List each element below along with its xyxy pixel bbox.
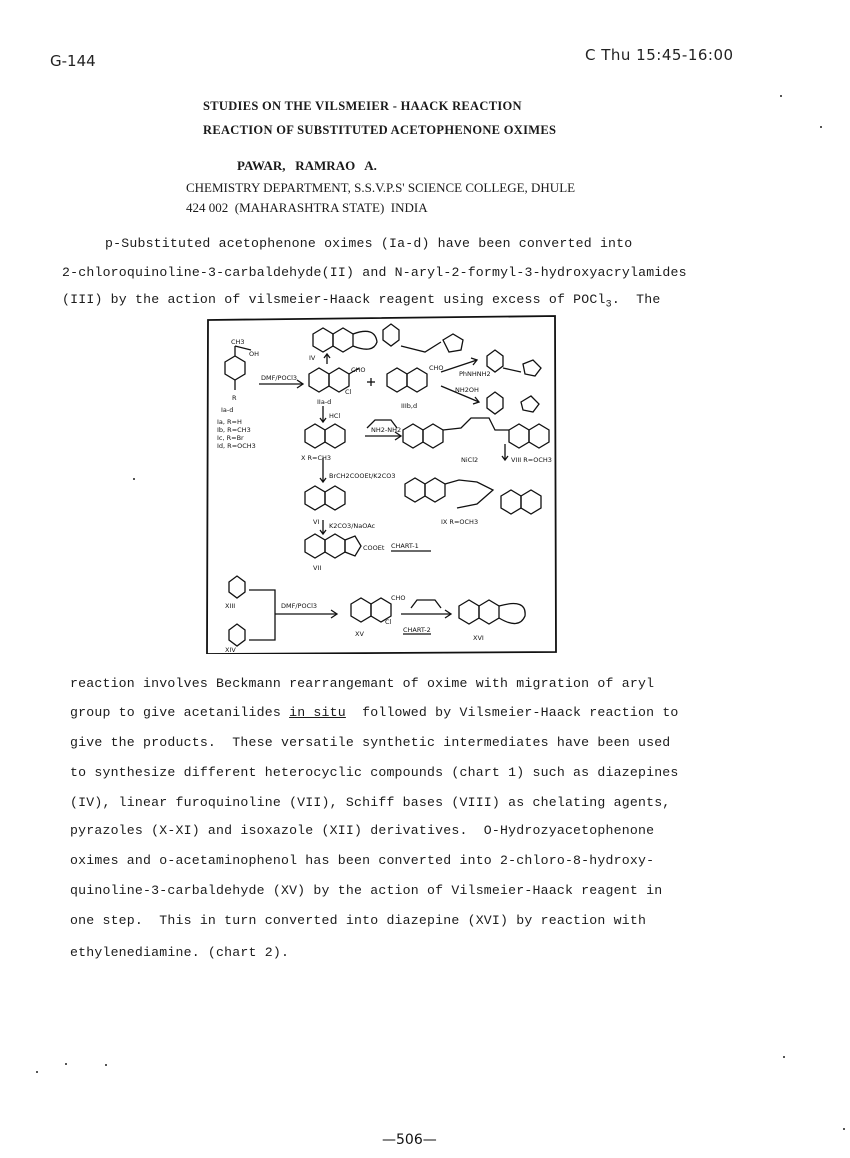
- svg-text:Ia-d: Ia-d: [221, 406, 233, 414]
- svg-text:IX R=OCH3: IX R=OCH3: [441, 518, 478, 526]
- para1-line-2: 2-chloroquinoline-3-carbaldehyde(II) and…: [62, 265, 687, 280]
- para2-line-5: (IV), linear furoquinoline (VII), Schiff…: [70, 795, 670, 810]
- svg-text:HCl: HCl: [329, 412, 340, 420]
- svg-text:IV: IV: [309, 354, 316, 362]
- svg-text:Ic, R=Br: Ic, R=Br: [217, 434, 244, 442]
- svg-text:NiCl2: NiCl2: [461, 456, 478, 464]
- svg-text:XVI: XVI: [473, 634, 484, 642]
- svg-text:Ia, R=H: Ia, R=H: [217, 418, 242, 426]
- in-situ-emphasis: in situ: [289, 705, 346, 720]
- author: PAWAR, RAMRAO A.: [237, 158, 377, 174]
- svg-text:XV: XV: [355, 630, 364, 638]
- para1-line-3: (III) by the action of vilsmeier-Haack r…: [62, 292, 661, 311]
- svg-text:VIII R=OCH3: VIII R=OCH3: [511, 456, 552, 464]
- svg-text:IIa-d: IIa-d: [317, 398, 331, 406]
- svg-text:IIIb,d: IIIb,d: [401, 402, 417, 410]
- svg-text:CH3: CH3: [231, 338, 245, 346]
- para2-line-4: to synthesize different heterocyclic com…: [70, 765, 679, 780]
- scan-speck: [105, 1064, 107, 1066]
- para2-line-10: ethylenediamine. (chart 2).: [70, 945, 289, 960]
- affiliation-line-2: 424 002 (MAHARASHTRA STATE) INDIA: [186, 200, 428, 216]
- svg-text:PhNHNH2: PhNHNH2: [459, 370, 491, 378]
- svg-text:OH: OH: [249, 350, 259, 358]
- svg-text:Ib, R=CH3: Ib, R=CH3: [217, 426, 251, 434]
- svg-text:COOEt: COOEt: [363, 544, 385, 552]
- page-number: —506—: [382, 1132, 437, 1148]
- para2-line-3: give the products. These versatile synth…: [70, 735, 670, 750]
- svg-text:Cl: Cl: [345, 388, 352, 396]
- svg-text:VII: VII: [313, 564, 321, 572]
- affiliation-line-1: CHEMISTRY DEPARTMENT, S.S.V.P.S' SCIENCE…: [186, 180, 575, 196]
- svg-text:Id, R=OCH3: Id, R=OCH3: [217, 442, 256, 450]
- svg-text:VI: VI: [313, 518, 319, 526]
- title-line-1: STUDIES ON THE VILSMEIER - HAACK REACTIO…: [203, 99, 522, 114]
- para2-line-7: oximes and o-acetaminophenol has been co…: [70, 853, 654, 868]
- abstract-code: G-144: [50, 52, 96, 70]
- svg-text:DMF/POCl3: DMF/POCl3: [281, 602, 317, 610]
- svg-text:XIV: XIV: [225, 646, 236, 654]
- svg-text:XIII: XIII: [225, 602, 235, 610]
- para2-line-9: one step. This in turn converted into di…: [70, 913, 646, 928]
- svg-text:NH2-NH2: NH2-NH2: [371, 426, 401, 434]
- scan-speck: [843, 1128, 845, 1130]
- svg-text:CHART-2: CHART-2: [403, 626, 431, 634]
- scan-speck: [36, 1071, 38, 1073]
- para2-line-1: reaction involves Beckmann rearrangemant…: [70, 676, 654, 691]
- reaction-scheme-figure: CH3OH R DMF/POCl3 Ia-d Ia, R=H Ib, R=CH3…: [205, 312, 557, 654]
- scan-speck: [65, 1063, 67, 1065]
- para2-line-8: quinoline-3-carbaldehyde (XV) by the act…: [70, 883, 662, 898]
- para2-line-6: pyrazoles (X-XI) and isoxazole (XII) der…: [70, 823, 654, 838]
- scan-speck: [820, 126, 822, 128]
- para2-line-2: group to give acetanilides in situ follo…: [70, 705, 679, 720]
- session-time: C Thu 15:45-16:00: [585, 46, 734, 64]
- scan-speck: [780, 95, 782, 97]
- scan-speck: [133, 478, 135, 480]
- svg-text:CHO: CHO: [351, 366, 366, 374]
- svg-text:CHO: CHO: [429, 364, 444, 372]
- svg-text:NH2OH: NH2OH: [455, 386, 479, 394]
- svg-text:CHO: CHO: [391, 594, 406, 602]
- svg-text:K2CO3/NaOAc: K2CO3/NaOAc: [329, 522, 376, 530]
- svg-text:X R=CH3: X R=CH3: [301, 454, 331, 462]
- scan-speck: [783, 1056, 785, 1058]
- title-line-2: REACTION OF SUBSTITUTED ACETOPHENONE OXI…: [203, 123, 556, 138]
- svg-text:BrCH2COOEt/K2CO3: BrCH2COOEt/K2CO3: [329, 472, 396, 480]
- svg-text:CHART-1: CHART-1: [391, 542, 419, 550]
- svg-text:Cl: Cl: [385, 618, 392, 626]
- svg-text:DMF/POCl3: DMF/POCl3: [261, 374, 297, 382]
- svg-text:R: R: [232, 394, 237, 402]
- para1-line-1: p-Substituted acetophenone oximes (Ia-d)…: [105, 236, 632, 251]
